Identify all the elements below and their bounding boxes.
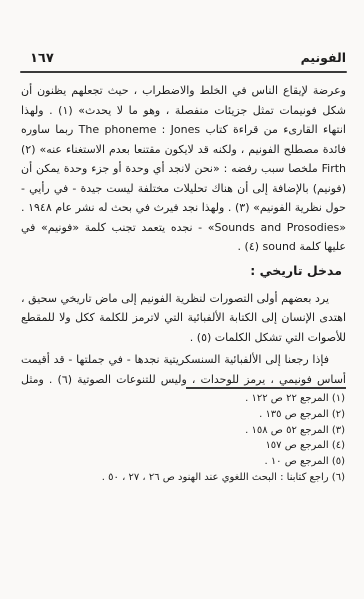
footnotes: (١) المرجع ٢٢ ص ١٢٢ . (٢) المرجع ص ١٣٥ .… [20, 391, 345, 486]
page-number: ١٦٧ [30, 51, 54, 66]
body-text: وعرضة لإيقاع الناس في الخلط والاضطراب ، … [21, 81, 346, 389]
header-rule [20, 71, 347, 73]
footnote: (٢) المرجع ص ١٣٥ . [20, 407, 345, 423]
text-line: (فونيم) بالإضافة إلى أن هناك تحليلات مخت… [21, 179, 346, 199]
footnote: (١) المرجع ٢٢ ص ١٢٢ . [20, 391, 345, 407]
footnote: (٥) المرجع ص ١٠ . [20, 454, 345, 470]
footnote: (٦) راجع كتابنا : البحث اللغوي عند الهنو… [20, 470, 345, 486]
footnote: (٣) المرجع ٥٢ ص ١٥٨ . [20, 423, 345, 439]
text-line: حول نظرية الفونيم» (٣) . ولهذا نجد فيرث … [21, 198, 346, 218]
text-line: «Sounds and Prosodies» - نجده يتعمد تجنب… [21, 218, 346, 238]
footnote-rule [186, 387, 346, 389]
text-line: شكل فونيمات تمثل جزيئات منفصلة ، وهو ما … [21, 101, 346, 121]
text-line: وعرضة لإيقاع الناس في الخلط والاضطراب ، … [21, 81, 346, 101]
book-page: ١٦٧ الفونيم وعرضة لإيقاع الناس في الخلط … [0, 0, 364, 599]
page-header: ١٦٧ الفونيم [30, 50, 346, 66]
text-line: فائدة مصطلح الفونيم ، ولكنه قد لايكون مق… [21, 140, 346, 160]
text-line: Firth ملخصا سبب رفضه : «نحن لانجد أي وحد… [21, 159, 346, 179]
text-line: اهتدى الإنسان إلى الكتابة الألفبائية الت… [21, 308, 346, 328]
text-line: للأصوات التي تشكل الكلمات (٥) . [21, 328, 346, 348]
text-line: انتهاء القارىء من قراءة كتاب The phoneme… [21, 120, 346, 140]
footnote: (٤) المرجع ص ١٥٧ [20, 438, 345, 454]
section-heading: مدخل تاريخي : [21, 261, 342, 281]
text-line: عليها كلمة sound (٤) . [21, 237, 346, 257]
text-line: يرد بعضهم أولى التصورات لنظرية الفونيم إ… [21, 289, 346, 309]
running-head-title: الفونيم [301, 50, 346, 65]
text-line: فإذا رجعنا إلى الألفبائية السنسكريتية نج… [21, 350, 346, 370]
